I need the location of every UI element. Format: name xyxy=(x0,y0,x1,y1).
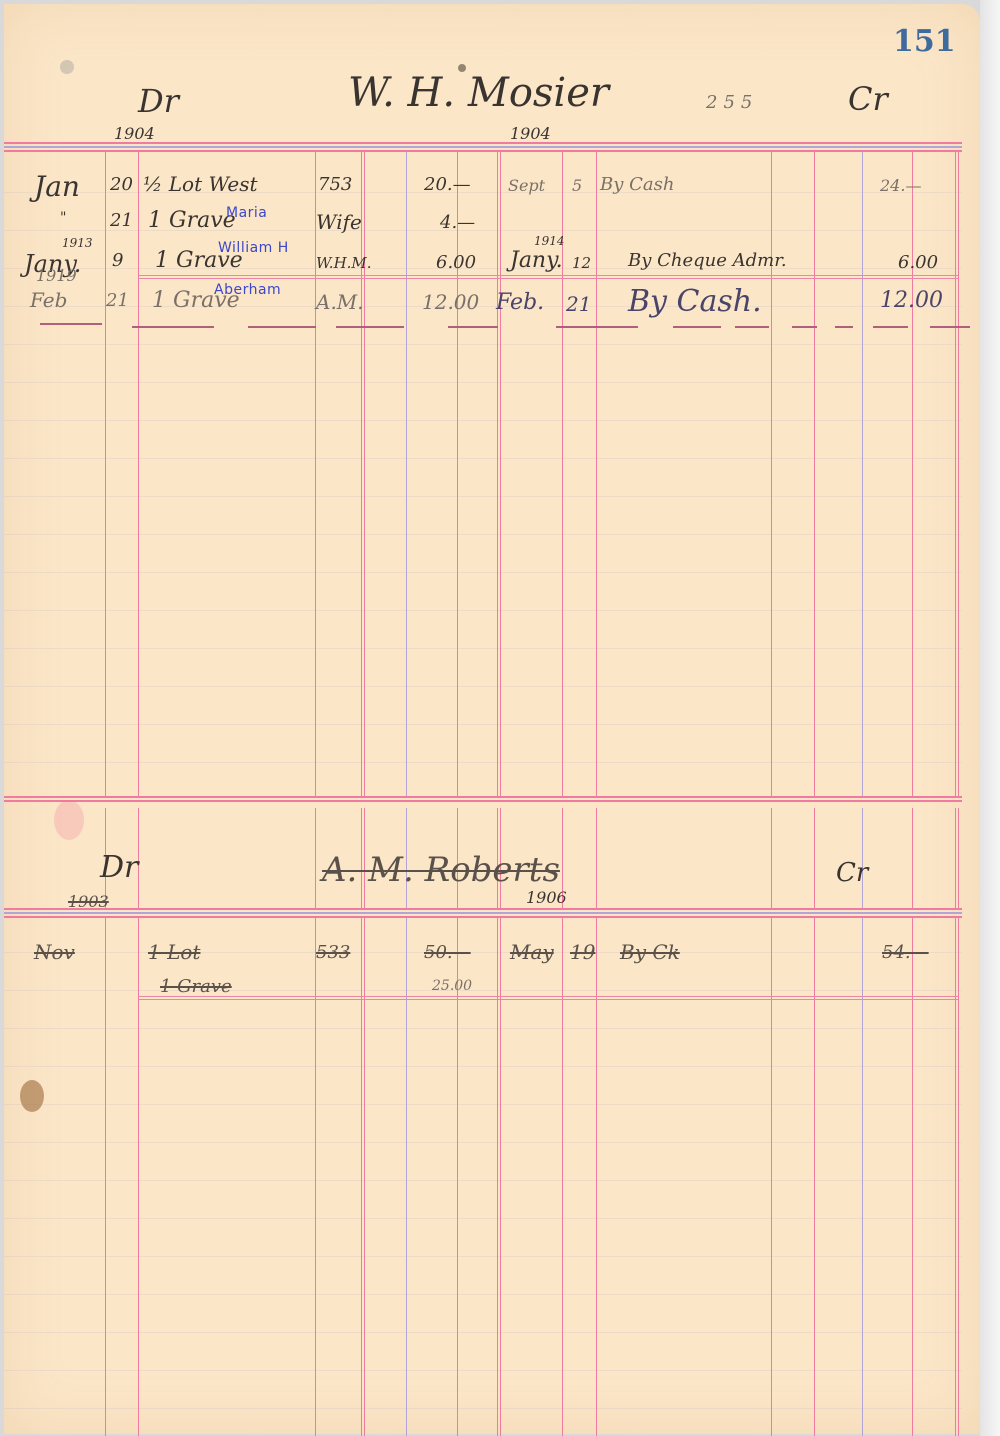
debit-ref: 753 xyxy=(318,174,352,195)
debit-year: 1904 xyxy=(114,124,155,143)
faint-row-rule xyxy=(4,1370,962,1371)
column-rule xyxy=(771,808,772,908)
column-rule xyxy=(364,152,365,796)
credit-day: 5 xyxy=(572,176,582,195)
column-rule xyxy=(105,152,106,796)
debit-amount: 50.— xyxy=(424,942,471,963)
debit-day: 21 xyxy=(106,290,129,311)
pink-smudge xyxy=(54,800,84,840)
closing-underline xyxy=(792,326,817,328)
closing-underline xyxy=(40,323,102,325)
column-rule xyxy=(814,152,815,796)
closing-underline xyxy=(673,326,721,328)
closing-underline xyxy=(873,326,908,328)
column-rule xyxy=(315,152,316,796)
header-rule-account1 xyxy=(4,142,962,154)
closing-underline xyxy=(336,326,404,328)
faint-row-rule xyxy=(4,534,962,535)
header-rule-account2 xyxy=(4,908,962,920)
credit-day: 19 xyxy=(570,940,595,964)
closing-underline xyxy=(448,326,498,328)
column-rule xyxy=(138,152,139,796)
page-edge xyxy=(980,0,1000,1436)
column-rule xyxy=(912,808,913,908)
column-rule xyxy=(497,152,498,796)
total-rule xyxy=(138,996,958,997)
ink-stain xyxy=(20,1080,44,1112)
faint-row-rule xyxy=(4,1294,962,1295)
debit-day: 21 xyxy=(110,210,133,231)
column-rule xyxy=(955,152,956,796)
faint-row-rule xyxy=(4,268,962,269)
debit-item: 1 Grave xyxy=(148,208,236,233)
faint-row-rule xyxy=(4,344,962,345)
credit-month: May xyxy=(510,940,554,964)
column-rule xyxy=(862,152,863,796)
debit-amount: 6.00 xyxy=(436,252,476,273)
faint-row-rule xyxy=(4,1066,962,1067)
faint-row-rule xyxy=(4,1142,962,1143)
column-rule xyxy=(814,808,815,908)
debit-year: 1903 xyxy=(68,892,109,911)
credit-amount: 24.— xyxy=(880,176,921,195)
faint-row-rule xyxy=(4,1408,962,1409)
debit-label: Dr xyxy=(138,82,179,120)
credit-amount: 6.00 xyxy=(898,252,938,273)
closing-underline xyxy=(132,326,214,328)
debit-amount: 25.00 xyxy=(432,978,472,994)
credit-description: By Ck xyxy=(620,940,680,964)
grave-annotation: William H xyxy=(218,240,289,256)
closing-underline xyxy=(248,326,316,328)
debit-amount: 12.00 xyxy=(422,290,479,314)
column-rule xyxy=(315,808,316,908)
total-rule xyxy=(138,278,958,279)
column-rule xyxy=(955,808,956,908)
debit-day: 20 xyxy=(110,174,133,195)
credit-amount: 54.— xyxy=(882,942,929,963)
faint-row-rule xyxy=(4,686,962,687)
column-rule xyxy=(958,152,959,796)
grave-annotation: Aberham xyxy=(214,282,281,298)
faint-row-rule xyxy=(4,306,962,307)
debit-item: 1 Lot xyxy=(148,940,200,964)
total-rule xyxy=(138,275,958,276)
section-divider-rule xyxy=(4,796,962,808)
faint-row-rule xyxy=(4,1218,962,1219)
closing-underline xyxy=(835,326,853,328)
credit-year: 1904 xyxy=(510,124,551,143)
column-rule xyxy=(596,808,597,908)
total-rule xyxy=(138,999,958,1000)
debit-amount: 20.— xyxy=(424,174,471,195)
faint-row-rule xyxy=(4,1256,962,1257)
closing-underline xyxy=(930,326,970,328)
year-note: 1913 xyxy=(62,236,93,250)
closing-underline xyxy=(556,326,638,328)
column-rule xyxy=(958,918,959,1436)
credit-label: Cr xyxy=(836,858,868,888)
debit-month: Jan xyxy=(34,170,80,203)
credit-day: 12 xyxy=(572,254,591,272)
debit-ref: A.M. xyxy=(316,290,364,314)
column-rule xyxy=(596,152,597,796)
debit-day: 9 xyxy=(112,250,123,271)
debit-amount: 4.— xyxy=(440,212,475,233)
grave-annotation: Maria xyxy=(226,205,267,221)
column-rule xyxy=(771,152,772,796)
credit-month: Feb. xyxy=(496,290,544,315)
column-rule xyxy=(500,152,501,796)
faint-row-rule xyxy=(4,610,962,611)
faint-row-rule xyxy=(4,990,962,991)
faint-row-rule xyxy=(4,1104,962,1105)
debit-item: ½ Lot West xyxy=(143,172,258,196)
column-rule xyxy=(406,152,407,796)
credit-label: Cr xyxy=(848,80,888,118)
debit-ref: Wife xyxy=(316,210,362,234)
column-rule xyxy=(457,152,458,796)
faint-row-rule xyxy=(4,1028,962,1029)
account-reference: 255 xyxy=(706,92,758,113)
debit-ref: 533 xyxy=(316,942,350,963)
column-rule xyxy=(958,808,959,908)
credit-amount: 12.00 xyxy=(880,288,943,313)
credit-day: 21 xyxy=(566,292,591,316)
column-rule xyxy=(912,152,913,796)
faint-row-rule xyxy=(4,648,962,649)
faint-row-rule xyxy=(4,1180,962,1181)
account-name: W. H. Mosier xyxy=(348,70,609,116)
faint-row-rule xyxy=(4,1332,962,1333)
faint-row-rule xyxy=(4,572,962,573)
smudge xyxy=(60,60,74,74)
debit-month: Nov xyxy=(34,940,75,964)
faint-row-rule xyxy=(4,420,962,421)
credit-description: By Cash. xyxy=(628,284,762,319)
year-note: 1914 xyxy=(534,234,565,248)
faint-row-rule xyxy=(4,724,962,725)
debit-label: Dr xyxy=(100,850,138,885)
credit-month: Sept xyxy=(508,176,545,195)
credit-description: By Cheque Admr. xyxy=(628,250,787,271)
page-number: 151 xyxy=(893,24,956,59)
faint-row-rule xyxy=(4,762,962,763)
debit-month: " xyxy=(60,210,66,226)
faint-row-rule xyxy=(4,458,962,459)
column-rule xyxy=(105,918,106,1436)
debit-month: Feb xyxy=(30,288,67,312)
year-note: 1919 xyxy=(36,266,77,285)
credit-month: Jany. xyxy=(510,248,563,273)
debit-ref: W.H.M. xyxy=(316,254,372,272)
debit-item: 1 Grave xyxy=(160,976,232,997)
credit-description: By Cash xyxy=(600,174,674,195)
closing-underline xyxy=(735,326,769,328)
column-rule xyxy=(361,152,362,796)
faint-row-rule xyxy=(4,382,962,383)
account-name: A. M. Roberts xyxy=(322,850,560,890)
faint-row-rule xyxy=(4,496,962,497)
credit-year: 1906 xyxy=(526,888,567,907)
